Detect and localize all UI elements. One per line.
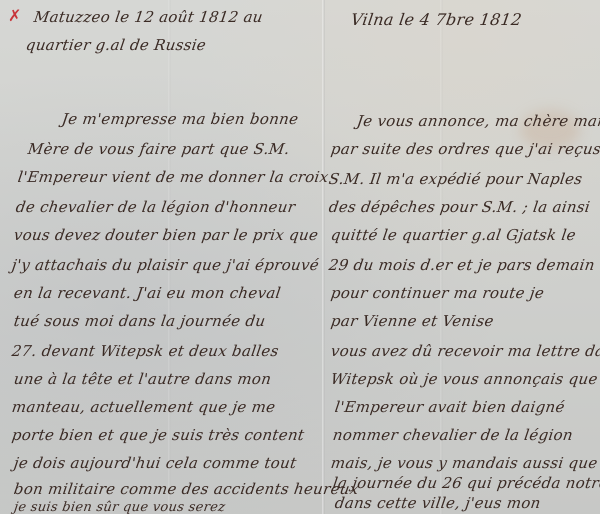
right-body-line: par suite des ordres que j'ai reçus	[330, 140, 600, 158]
right-body-line: vous avez dû recevoir ma lettre datée	[330, 342, 600, 360]
right-body-line: par Vienne et Venise	[330, 312, 495, 330]
right-body-line: Je vous annonce, ma chère maman	[356, 112, 600, 130]
right-body-line: Witepsk où je vous annonçais que	[330, 370, 599, 388]
left-body-line: de chevalier de la légion d'honneur	[15, 198, 297, 216]
right-body-line: nommer chevalier de la légion	[332, 426, 574, 444]
right-body-line: l'Empereur avait bien daigné	[334, 398, 566, 416]
left-body-line: Mère de vous faire part que S.M.	[27, 140, 291, 158]
right-heading: Vilna le 4 7bre 1812	[350, 10, 523, 29]
left-body-line: je suis bien sûr que vous serez	[13, 500, 226, 514]
left-body-line: 27. devant Witepsk et deux balles	[11, 342, 280, 360]
right-body-line: la journée du 26 qui précéda notre	[332, 474, 600, 492]
left-body-line: j'y attachais du plaisir que j'ai éprouv…	[11, 256, 321, 274]
left-body-line: bon militaire comme des accidents heureu…	[13, 480, 360, 498]
right-body-line: S.M. Il m'a expédié pour Naples	[328, 170, 584, 188]
center-fold	[322, 0, 325, 514]
left-body-line: tué sous moi dans la journée du	[13, 312, 267, 330]
left-body-line: je dois aujourd'hui cela comme tout	[13, 454, 298, 472]
left-body-line: en la recevant. J'ai eu mon cheval	[13, 284, 282, 302]
left-heading-line-1: Matuzzeo le 12 août 1812 au	[33, 8, 264, 26]
left-body-line: manteau, actuellement que je me	[11, 398, 277, 416]
left-body-line: Je m'empresse ma bien bonne	[61, 110, 300, 128]
right-body-line: 29 du mois d.er et je pars demain	[328, 256, 596, 274]
letter-sheet: ✗ Matuzzeo le 12 août 1812 au quartier g…	[0, 0, 600, 514]
right-body-line: mais, je vous y mandais aussi que	[330, 454, 599, 472]
right-body-line: des dépêches pour S.M. ; la ainsi	[328, 198, 592, 216]
right-body-line: quitté le quartier g.al Gjatsk le	[330, 226, 577, 244]
right-body-line: pour continuer ma route je	[330, 284, 546, 302]
right-body-line: dans cette ville, j'eus mon	[334, 494, 542, 512]
red-cross-marker-icon: ✗	[8, 6, 21, 25]
left-body-line: l'Empereur vient de me donner la croix	[17, 168, 330, 186]
left-body-line: porte bien et que je suis très content	[11, 426, 306, 444]
left-heading-line-2: quartier g.al de Russie	[25, 36, 208, 54]
left-body-line: vous devez douter bien par le prix que	[13, 226, 320, 244]
left-body-line: une à la tête et l'autre dans mon	[13, 370, 273, 388]
